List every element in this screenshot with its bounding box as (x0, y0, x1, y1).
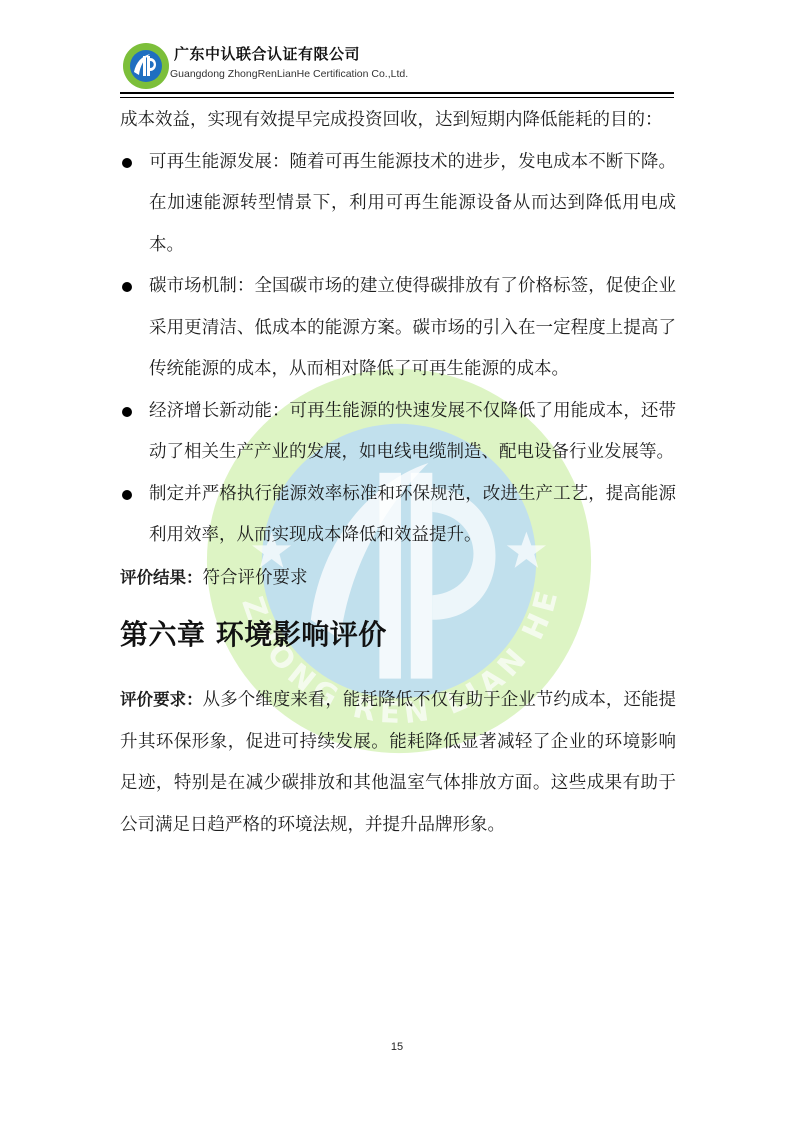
bullet-icon (122, 490, 132, 500)
bullet-icon (122, 158, 132, 168)
list-item-text: 可再生能源发展：随着可再生能源技术的进步，发电成本不断下降。在加速能源转型情景下… (149, 152, 676, 255)
bullet-list: 可再生能源发展：随着可再生能源技术的进步，发电成本不断下降。在加速能源转型情景下… (120, 142, 676, 557)
page-header: 广东中认联合认证有限公司 Guangdong ZhongRenLianHe Ce… (120, 40, 674, 96)
page-number: 15 (0, 1041, 794, 1053)
result-value: 符合评价要求 (203, 568, 308, 588)
evaluation-requirement: 评价要求：从多个维度来看，能耗降低不仅有助于企业节约成本，还能提升其环保形象，促… (120, 679, 676, 846)
list-item-text: 制定并严格执行能源效率标准和环保规范，改进生产工艺，提高能源利用效率，从而实现成… (149, 484, 676, 546)
company-name-en: Guangdong ZhongRenLianHe Certification C… (170, 68, 408, 80)
list-item: 经济增长新动能：可再生能源的快速发展不仅降低了用能成本，还带动了相关生产产业的发… (120, 391, 676, 474)
document-body: 成本效益，实现有效提早完成投资回收，达到短期内降低能耗的目的： 可再生能源发展：… (120, 100, 676, 846)
list-item-text: 经济增长新动能：可再生能源的快速发展不仅降低了用能成本，还带动了相关生产产业的发… (149, 401, 676, 463)
requirement-label: 评价要求： (120, 690, 203, 709)
company-seal-logo-icon (122, 42, 170, 90)
header-divider (120, 92, 674, 98)
intro-paragraph: 成本效益，实现有效提早完成投资回收，达到短期内降低能耗的目的： (120, 100, 676, 142)
chapter-title: 第六章 环境影响评价 (120, 611, 676, 659)
evaluation-result: 评价结果：符合评价要求 (120, 557, 676, 600)
requirement-text: 从多个维度来看，能耗降低不仅有助于企业节约成本，还能提升其环保形象，促进可持续发… (120, 690, 676, 835)
list-item: 制定并严格执行能源效率标准和环保规范，改进生产工艺，提高能源利用效率，从而实现成… (120, 474, 676, 557)
result-label: 评价结果： (120, 568, 203, 587)
list-item: 可再生能源发展：随着可再生能源技术的进步，发电成本不断下降。在加速能源转型情景下… (120, 142, 676, 267)
list-item-text: 碳市场机制：全国碳市场的建立使得碳排放有了价格标签，促使企业采用更清洁、低成本的… (149, 276, 676, 379)
company-name-cn: 广东中认联合认证有限公司 (174, 43, 360, 64)
bullet-icon (122, 407, 132, 417)
bullet-icon (122, 282, 132, 292)
list-item: 碳市场机制：全国碳市场的建立使得碳排放有了价格标签，促使企业采用更清洁、低成本的… (120, 266, 676, 391)
